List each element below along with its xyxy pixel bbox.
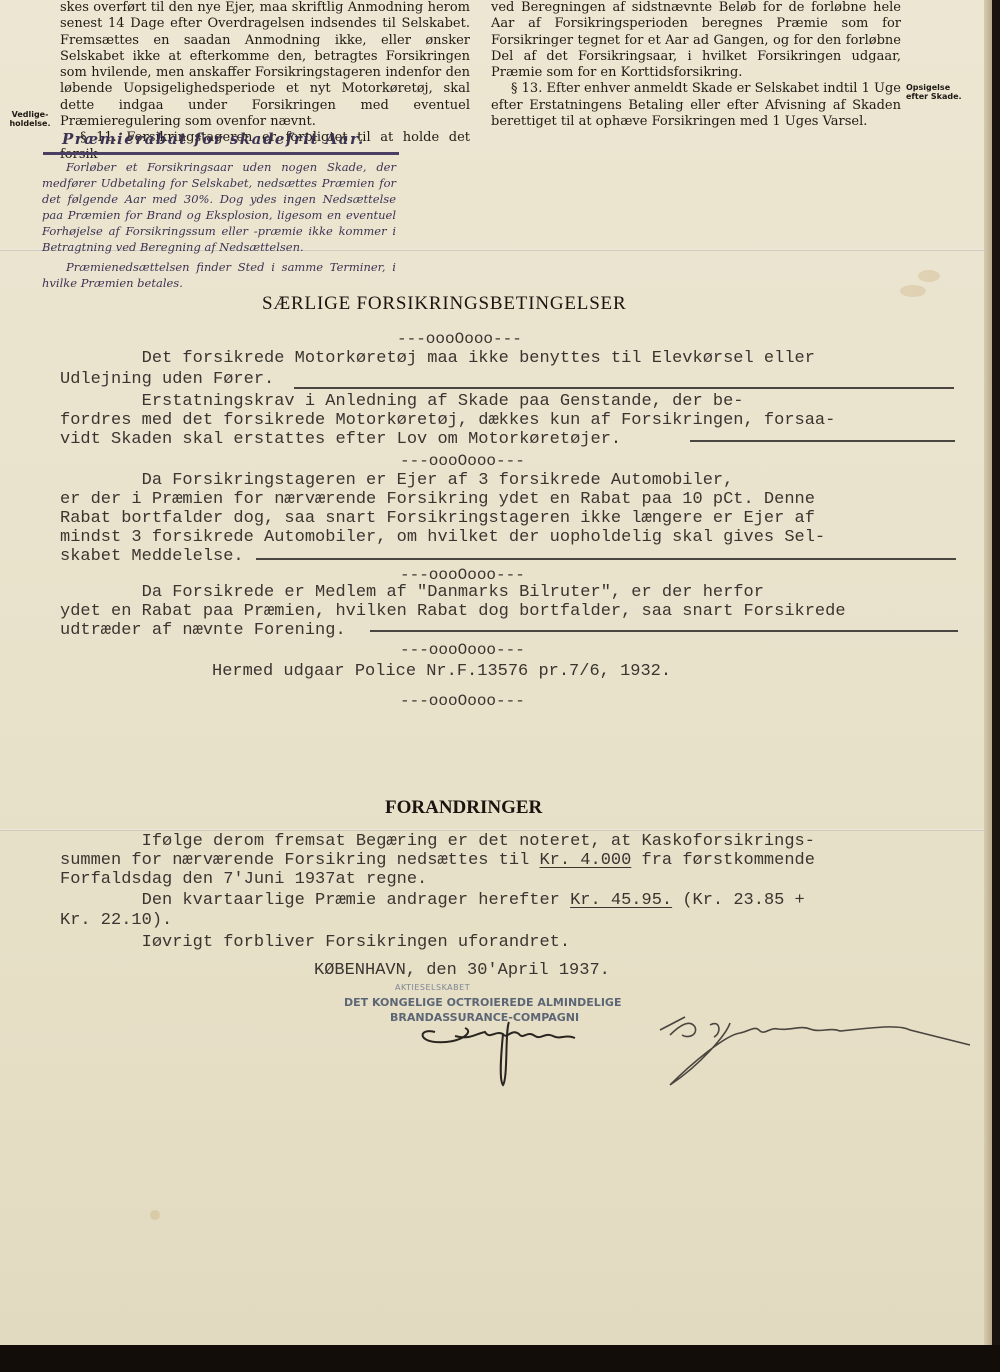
separator: ---oooOooo--- (400, 452, 525, 470)
stain (150, 1210, 160, 1220)
separator: ---oooOooo--- (400, 566, 525, 584)
premium-discount-stamp: Præmierabat for skadefrit Aar. Forløber … (36, 130, 402, 291)
changes-line: Kr. 22.10). (60, 912, 172, 930)
changes-line: Forfaldsdag den 7'Juni 1937at regne. (60, 871, 427, 889)
text: summen for nærværende Forsikring nedsætt… (60, 851, 539, 870)
stamp-title: Præmierabat for skadefrit Aar. (36, 130, 402, 150)
clause-3-line: Rabat bortfalder dog, saa snart Forsikri… (60, 510, 815, 528)
page-edge (984, 0, 992, 1345)
policy-expiry-line: Hermed udgaar Police Nr.F.13576 pr.7/6, … (212, 663, 671, 681)
clause-2-line: vidt Skaden skal erstattes efter Lov om … (60, 431, 621, 449)
special-conditions-heading: SÆRLIGE FORSIKRINGSBETINGELSER (262, 293, 626, 315)
paragraph-section-13: § 13. Efter enhver anmeldt Skade er Sels… (491, 81, 901, 130)
fill-line (256, 558, 956, 560)
text: Den kvartaarlige Præmie andrager herefte… (60, 891, 570, 910)
clause-1-line: Udlejning uden Fører. (60, 371, 274, 389)
signature-left-icon (415, 1010, 615, 1090)
changes-line: Iøvrigt forbliver Forsikringen uforandre… (60, 934, 570, 952)
margin-note-vedligeholdelse: Vedlige-holdelse. (8, 110, 52, 128)
stamp-rule (43, 152, 399, 155)
clause-3-line: Da Forsikringstageren er Ejer af 3 forsi… (60, 472, 733, 490)
insured-sum-amount: Kr. 4.000 (539, 851, 631, 870)
changes-line: summen for nærværende Forsikring nedsætt… (60, 852, 815, 870)
document-page: skes overført til den nye Ejer, maa skri… (0, 0, 992, 1345)
changes-line: Ifølge derom fremsat Begæring er det not… (60, 833, 815, 851)
clause-4-line: ydet en Rabat paa Præmien, hvilken Rabat… (60, 603, 846, 621)
separator: ---oooOooo--- (400, 692, 525, 710)
changes-heading: FORANDRINGER (385, 797, 542, 819)
stain (918, 270, 940, 282)
scan-background (0, 1345, 1000, 1372)
stain (900, 285, 926, 297)
clause-1-line: Det forsikrede Motorkøretøj maa ikke ben… (60, 350, 815, 368)
company-stamp-prefix: AKTIESELSKABET (395, 983, 470, 992)
printed-column-right: ved Beregningen af sidstnævnte Beløb for… (491, 0, 901, 130)
place-date: KØBENHAVN, den 30'April 1937. (314, 962, 610, 980)
changes-line: Den kvartaarlige Præmie andrager herefte… (60, 892, 805, 910)
clause-3-line: mindst 3 forsikrede Automobiler, om hvil… (60, 529, 825, 547)
clause-3-line: skabet Meddelelse. (60, 548, 244, 566)
stamp-paragraph: Præmienedsættelsen finder Sted i samme T… (42, 259, 396, 291)
paper-fold (0, 829, 992, 831)
fill-line (294, 387, 954, 389)
clause-2-line: fordres med det forsikrede Motorkøretøj,… (60, 412, 835, 430)
quarterly-premium-amount: Kr. 45.95. (570, 891, 672, 910)
company-stamp-name: DET KONGELIGE OCTROIEREDE ALMINDELIGE (344, 996, 621, 1009)
fill-line (370, 630, 958, 632)
clause-2-line: Erstatningskrav i Anledning af Skade paa… (60, 393, 744, 411)
clause-3-line: er der i Præmien for nærværende Forsikri… (60, 491, 815, 509)
separator: ---oooOooo--- (400, 641, 525, 659)
fill-line (690, 440, 955, 442)
text: fra førstkommende (631, 851, 815, 870)
text: (Kr. 23.85 + (672, 891, 805, 910)
signature-right-icon (640, 1005, 980, 1090)
paragraph: ved Beregningen af sidstnævnte Beløb for… (491, 0, 901, 81)
stamp-body: Forløber et Forsikringsaar uden nogen Sk… (36, 159, 396, 291)
clause-4-line: Da Forsikrede er Medlem af "Danmarks Bil… (60, 584, 764, 602)
paragraph: skes overført til den nye Ejer, maa skri… (60, 0, 470, 130)
stamp-paragraph: Forløber et Forsikringsaar uden nogen Sk… (42, 159, 396, 255)
margin-note-opsigelse: Opsigelseefter Skade. (906, 83, 970, 101)
separator: ---oooOooo--- (397, 330, 522, 348)
clause-4-line: udtræder af nævnte Forening. (60, 622, 346, 640)
